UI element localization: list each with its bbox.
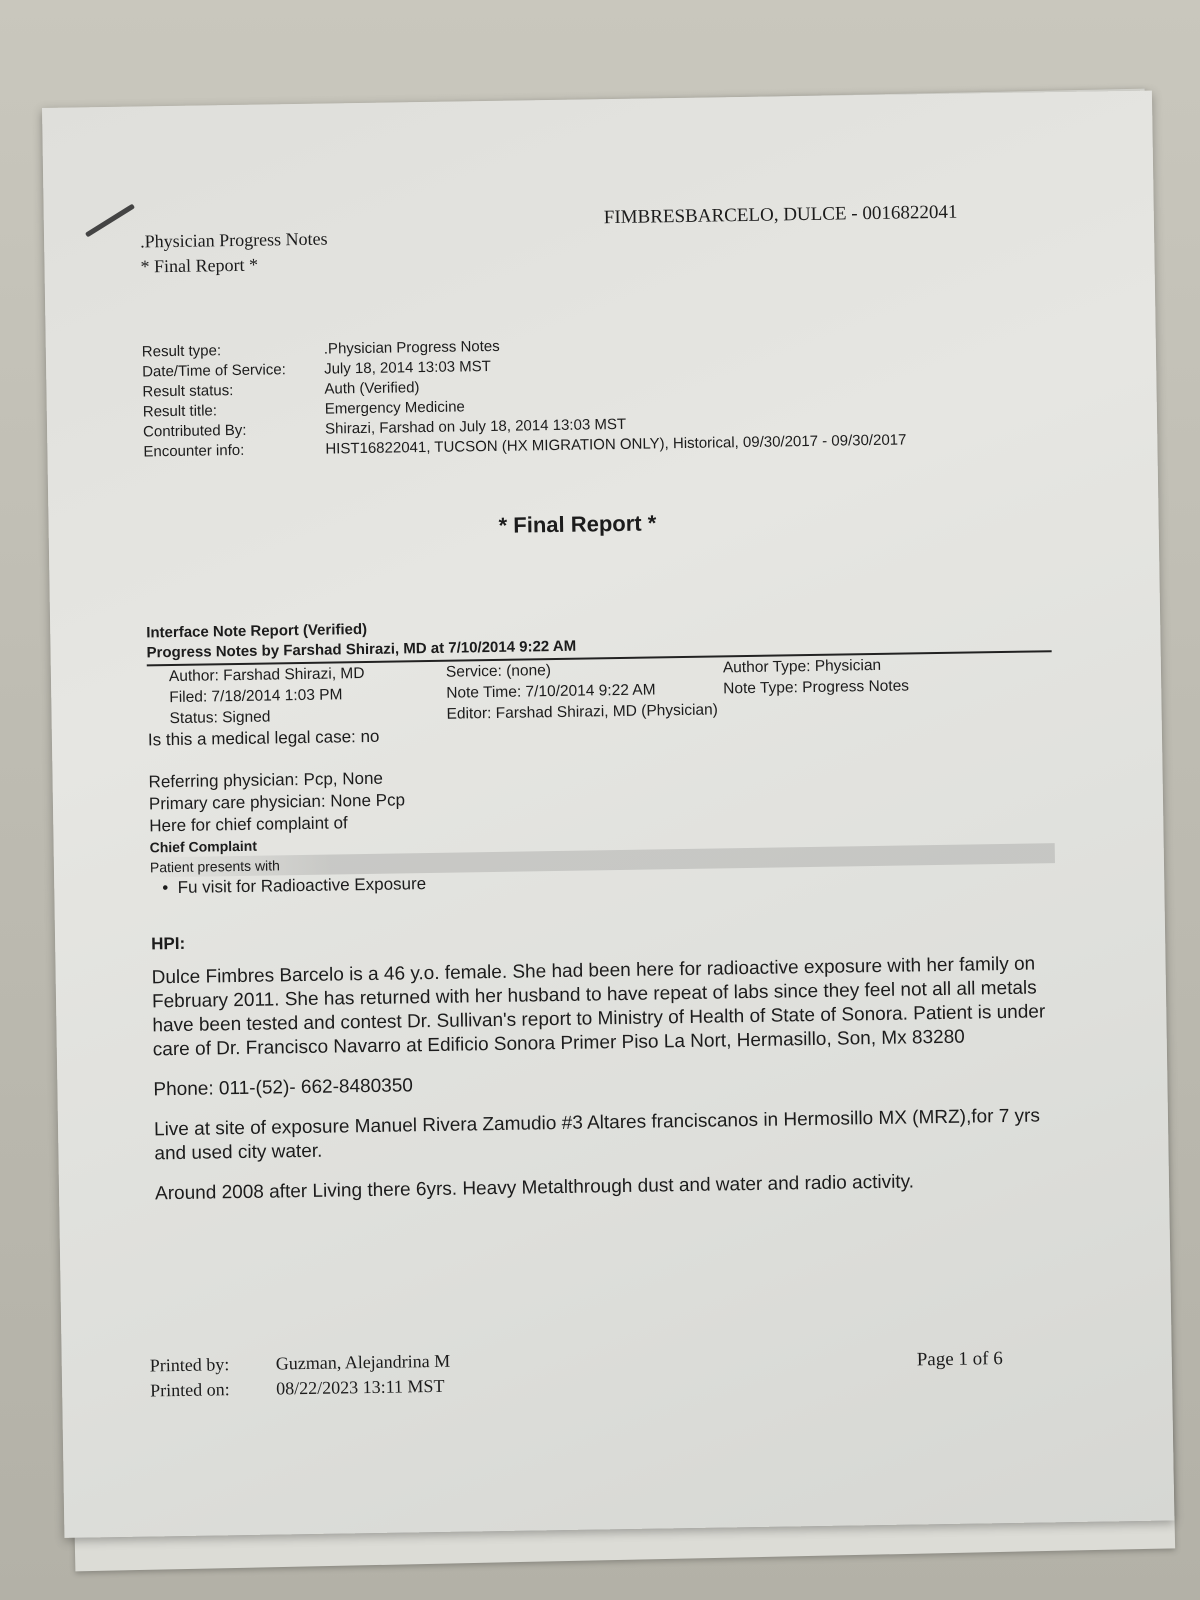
final-report-title: * Final Report * bbox=[498, 510, 656, 538]
result-meta: Result type:.Physician Progress Notes Da… bbox=[142, 330, 907, 462]
report-status: * Final Report * bbox=[140, 252, 328, 280]
document-page: .Physician Progress Notes * Final Report… bbox=[42, 91, 1174, 1538]
print-footer: Printed by:Guzman, Alejandrina M Printed… bbox=[150, 1349, 451, 1404]
printed-on: 08/22/2023 13:11 MST bbox=[276, 1374, 445, 1402]
hpi-paragraph: Dulce Fimbres Barcelo is a 46 y.o. femal… bbox=[151, 952, 1057, 1062]
patient-id: FIMBRESBARCELO, DULCE - 0016822041 bbox=[604, 202, 958, 230]
document-type: .Physician Progress Notes bbox=[140, 227, 328, 255]
page-number: Page 1 of 6 bbox=[917, 1348, 1003, 1371]
document-header-left: .Physician Progress Notes * Final Report… bbox=[140, 227, 328, 280]
progress-note: Interface Note Report (Verified) Progres… bbox=[146, 608, 1060, 1206]
printed-by: Guzman, Alejandrina M bbox=[276, 1349, 451, 1377]
bullet-icon: • bbox=[162, 878, 178, 897]
